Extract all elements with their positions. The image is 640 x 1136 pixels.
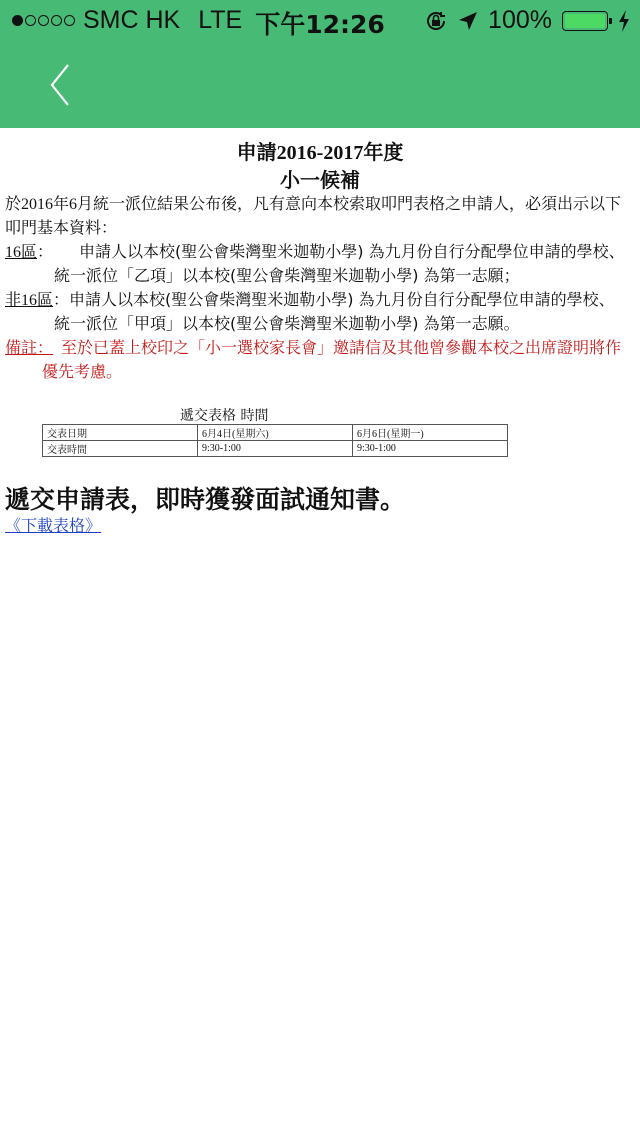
remark-line-2: 優先考慮。 — [42, 360, 122, 384]
non-district-16-line-1: 非16區：申請人以本校(聖公會柴灣聖米迦勒小學) 為九月份自行分配學位申請的學校… — [5, 288, 615, 313]
charging-bolt-icon — [618, 10, 630, 32]
remark-label: 備註： — [5, 338, 53, 357]
non-district-16-label: 非16區 — [5, 290, 53, 309]
table-row: 交表時間 9:30-1:00 9:30-1:00 — [43, 441, 508, 457]
status-bar: SMC HK LTE 下午12:26 100% — [0, 0, 640, 40]
back-button[interactable] — [40, 60, 80, 110]
page-title: 申請2016-2017年度 — [0, 136, 640, 165]
intro-line-2: 叩門基本資料： — [5, 216, 117, 240]
download-form-link[interactable]: 《下載表格》 — [5, 513, 101, 536]
orientation-lock-icon — [424, 9, 448, 33]
schedule-caption: 遞交表格 時間 — [180, 405, 268, 425]
battery-percent: 100% — [488, 6, 552, 35]
location-arrow-icon — [458, 11, 478, 31]
page-subtitle: 小一候補 — [0, 164, 640, 193]
app-header: SMC HK LTE 下午12:26 100% — [0, 0, 640, 128]
submit-heading: 遞交申請表，即時獲發面試通知書。 — [5, 480, 405, 516]
intro-line-1: 於2016年6月統一派位結果公布後，凡有意向本校索取叩門表格之申請人，必須出示以… — [5, 192, 621, 217]
district-16-line-2: 統一派位「乙項」以本校(聖公會柴灣聖米迦勒小學) 為第一志願； — [54, 264, 520, 288]
chevron-left-icon — [40, 60, 80, 110]
remark-line-1: 備註：至於已蓋上校印之「小一選校家長會」邀請信及其他曾參觀本校之出席證明將作 — [5, 336, 621, 360]
district-16-label: 16區 — [5, 242, 37, 261]
status-right: 100% — [424, 6, 630, 35]
battery-icon — [562, 11, 608, 31]
district-16-line-1: 16區：申請人以本校(聖公會柴灣聖米迦勒小學) 為九月份自行分配學位申請的學校、 — [5, 240, 625, 265]
schedule-table: 交表日期 6月4日(星期六) 6月6日(星期一) 交表時間 9:30-1:00 … — [42, 424, 508, 457]
table-row: 交表日期 6月4日(星期六) 6月6日(星期一) — [43, 425, 508, 441]
non-district-16-line-2: 統一派位「甲項」以本校(聖公會柴灣聖米迦勒小學) 為第一志願。 — [54, 312, 520, 336]
